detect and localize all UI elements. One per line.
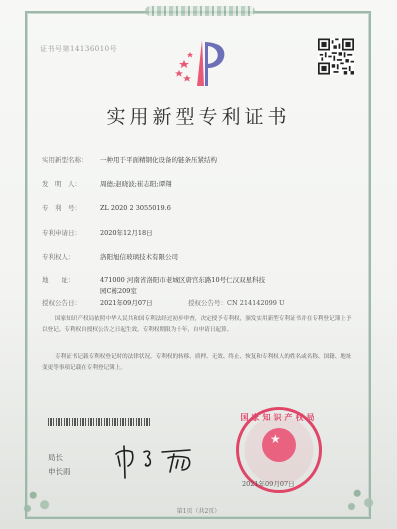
field-value: 洛阳旭信玻璃技术有限公司: [100, 253, 178, 261]
field-grant-number: 授权公告号：CN 214142099 U: [188, 298, 285, 307]
certificate-number: 证书号第14136010号: [40, 44, 117, 54]
seal-text: 国家知识产权局: [239, 412, 319, 423]
field-value: 一种用于平面精钢化设备的链条压紧结构: [100, 156, 217, 164]
field-patent-number: 专 利 号：ZL 2020 2 3055019.6: [42, 203, 171, 212]
star-icon: ★: [270, 433, 281, 445]
body-paragraph: 专利证书记载专利权登记时的法律状况。专利权的转移、质押、无效、终止、恢复和专利权…: [42, 352, 354, 374]
field-label: 地 址：: [42, 275, 100, 284]
field-value: 2021年09月07日: [100, 299, 153, 307]
field-address: 地 址：471000 河南省洛阳市老城区唐宫东路10号仁汉双星科技 园C栋209…: [42, 275, 265, 284]
field-value-continued: 园C栋209室: [100, 286, 137, 295]
field-label: 授权公告日：: [42, 298, 100, 307]
field-value: CN 214142099 U: [227, 299, 285, 307]
national-emblem-icon: ★: [262, 428, 296, 462]
field-value: 2020年12月18日: [100, 229, 153, 237]
field-value: ZL 2020 2 3055019.6: [100, 204, 171, 212]
barcode: [48, 418, 151, 426]
field-label: 专利权人：: [42, 252, 100, 261]
field-inventor: 发 明 人：周德;赵晓波;崔志阳;谭翔: [42, 179, 172, 188]
field-label: 专利申请日：: [42, 228, 100, 237]
field-utility-model-name: 实用新型名称：一种用于平面精钢化设备的链条压紧结构: [42, 155, 217, 164]
field-label: 实用新型名称：: [42, 155, 100, 164]
body-paragraph: 国家知识产权局依照中华人民共和国专利法经过初步审查，决定授予专利权，颁发实用新型…: [42, 314, 354, 336]
field-label: 授权公告号：: [188, 299, 227, 307]
cnipa-logo-icon: [170, 38, 232, 90]
top-ornament: [145, 6, 255, 16]
page-indicator: 第1页（共2页）: [0, 506, 397, 515]
field-patentee: 专利权人：洛阳旭信玻璃技术有限公司: [42, 252, 178, 261]
signature-icon: [112, 440, 202, 480]
field-label: 发 明 人：: [42, 179, 100, 188]
director-name: 申长雨: [48, 466, 71, 477]
certificate-title: 实用新型专利证书: [0, 102, 397, 129]
field-grant-date: 授权公告日：2021年09月07日: [42, 298, 153, 307]
qr-code-icon: [318, 38, 354, 75]
field-filing-date: 专利申请日：2020年12月18日: [42, 228, 153, 237]
field-value: 周德;赵晓波;崔志阳;谭翔: [100, 180, 172, 188]
field-value: 471000 河南省洛阳市老城区唐宫东路10号仁汉双星科技: [100, 276, 265, 284]
field-label: 专 利 号：: [42, 203, 100, 212]
director-title: 局长: [48, 452, 63, 463]
seal-date: 2021年09月07日: [242, 479, 295, 488]
